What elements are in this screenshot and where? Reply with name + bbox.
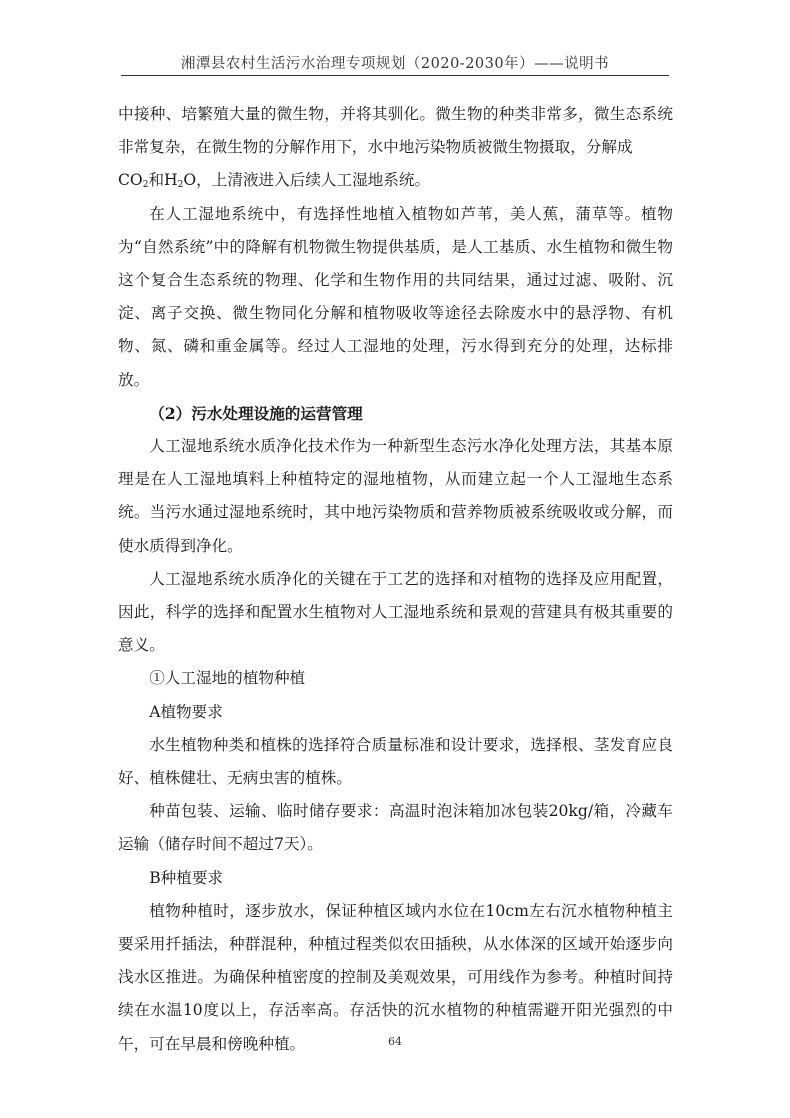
section-heading-operations: （2）污水处理设施的运营管理 [118, 397, 673, 430]
paragraph-wetland-plants: 在人工湿地系统中，有选择性地植入植物如芦苇，美人蕉，蒲草等。植物为“自然系统”中… [118, 198, 673, 397]
paragraph-chemical-formula: CO2和H2O，上清液进入后续人工湿地系统。 [118, 164, 673, 197]
paragraph-plant-selection: 人工湿地系统水质净化的关键在于工艺的选择和对植物的选择及应用配置，因此，科学的选… [118, 563, 673, 663]
text-co: CO [118, 171, 143, 189]
subheading-plant-requirements: A植物要求 [118, 696, 673, 729]
paragraph-plant-standards: 水生植物种类和植株的选择符合质量标准和设计要求，选择根、茎发育应良好、植株健壮、… [118, 729, 673, 795]
text-o-rest: O，上清液进入后续人工湿地系统。 [183, 171, 430, 189]
paragraph-continuation: 中接种、培繁殖大量的微生物，并将其驯化。微生物的种类非常多，微生态系统非常复杂，… [118, 98, 673, 164]
document-header-title: 湘潭县农村生活污水治理专项规划（2020-2030年）——说明书 [121, 52, 669, 73]
paragraph-seedling-transport: 种苗包装、运输、临时储存要求：高温时泡沫箱加冰包装20kg/箱，冷藏车运输（储存… [118, 795, 673, 861]
subheading-planting-requirements: B种植要求 [118, 862, 673, 895]
document-body: 中接种、培繁殖大量的微生物，并将其驯化。微生物的种类非常多，微生态系统非常复杂，… [118, 98, 673, 1061]
header-divider [121, 75, 669, 76]
subheading-planting: ①人工湿地的植物种植 [118, 662, 673, 695]
paragraph-purification-principle: 人工湿地系统水质净化技术作为一种新型生态污水净化处理方法，其基本原理是在人工湿地… [118, 430, 673, 563]
text-h: 和H [148, 171, 177, 189]
page-number: 64 [0, 1035, 790, 1048]
